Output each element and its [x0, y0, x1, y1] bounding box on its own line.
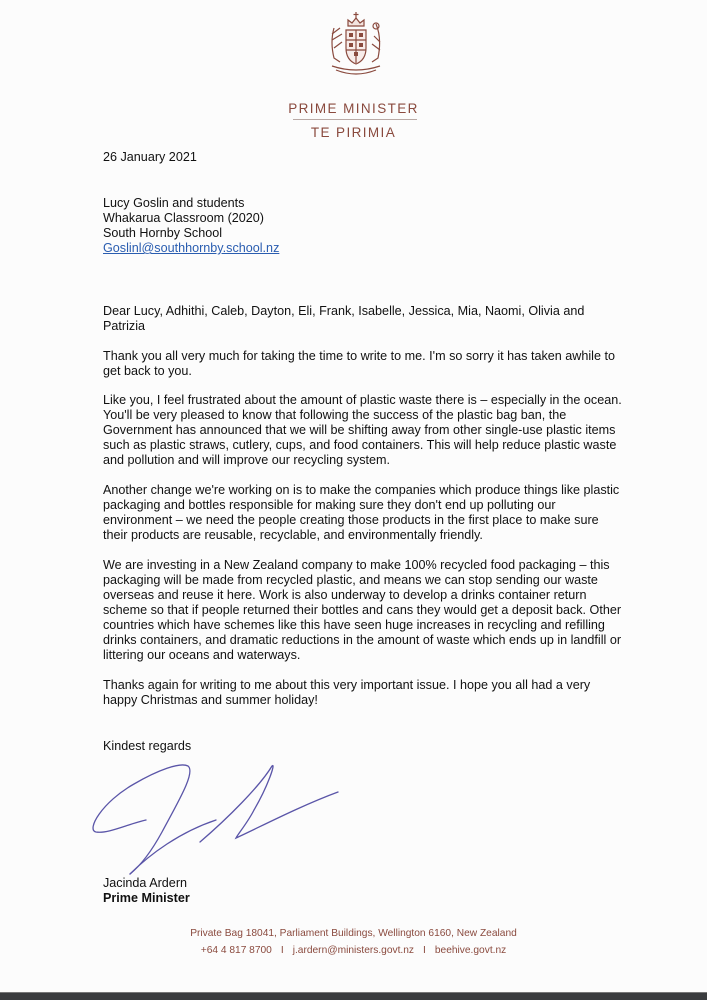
- signatory-title: Prime Minister: [103, 891, 190, 906]
- paragraph-4: We are investing in a New Zealand compan…: [103, 558, 623, 663]
- footer-separator: I: [281, 945, 284, 956]
- recipient-email-link[interactable]: Goslinl@southhornby.school.nz: [103, 241, 279, 256]
- letterhead-divider: [293, 119, 417, 120]
- footer-contact: +64 4 817 8700Ij.ardern@ministers.govt.n…: [0, 945, 707, 956]
- letter-page: PRIME MINISTER TE PIRIMIA 26 January 202…: [0, 0, 707, 992]
- recipient-school: South Hornby School: [103, 226, 279, 241]
- footer-phone: +64 4 817 8700: [201, 945, 272, 956]
- footer-email-link[interactable]: j.ardern@ministers.govt.nz: [293, 945, 414, 956]
- footer-separator: I: [423, 945, 426, 956]
- paragraph-2: Like you, I feel frustrated about the am…: [103, 393, 623, 468]
- closing: Kindest regards: [103, 739, 191, 754]
- salutation: Dear Lucy, Adhithi, Caleb, Dayton, Eli, …: [103, 304, 623, 334]
- paragraph-5: Thanks again for writing to me about thi…: [103, 678, 623, 708]
- letterhead-title-english: PRIME MINISTER: [0, 101, 707, 116]
- recipient-classroom: Whakarua Classroom (2020): [103, 211, 279, 226]
- paragraph-1: Thank you all very much for taking the t…: [103, 349, 623, 379]
- paragraph-3: Another change we're working on is to ma…: [103, 483, 623, 543]
- window-bottom-edge: [0, 992, 707, 1000]
- footer-website-link[interactable]: beehive.govt.nz: [435, 945, 506, 956]
- letter-date: 26 January 2021: [103, 150, 197, 165]
- signature-icon: [88, 762, 368, 892]
- footer-address: Private Bag 18041, Parliament Buildings,…: [0, 928, 707, 939]
- nz-coat-of-arms-icon: [318, 8, 394, 84]
- signatory-name: Jacinda Ardern: [103, 876, 190, 891]
- recipient-block: Lucy Goslin and students Whakarua Classr…: [103, 196, 279, 256]
- recipient-name: Lucy Goslin and students: [103, 196, 279, 211]
- letterhead-title-maori: TE PIRIMIA: [0, 125, 707, 140]
- signatory-block: Jacinda Ardern Prime Minister: [103, 876, 190, 906]
